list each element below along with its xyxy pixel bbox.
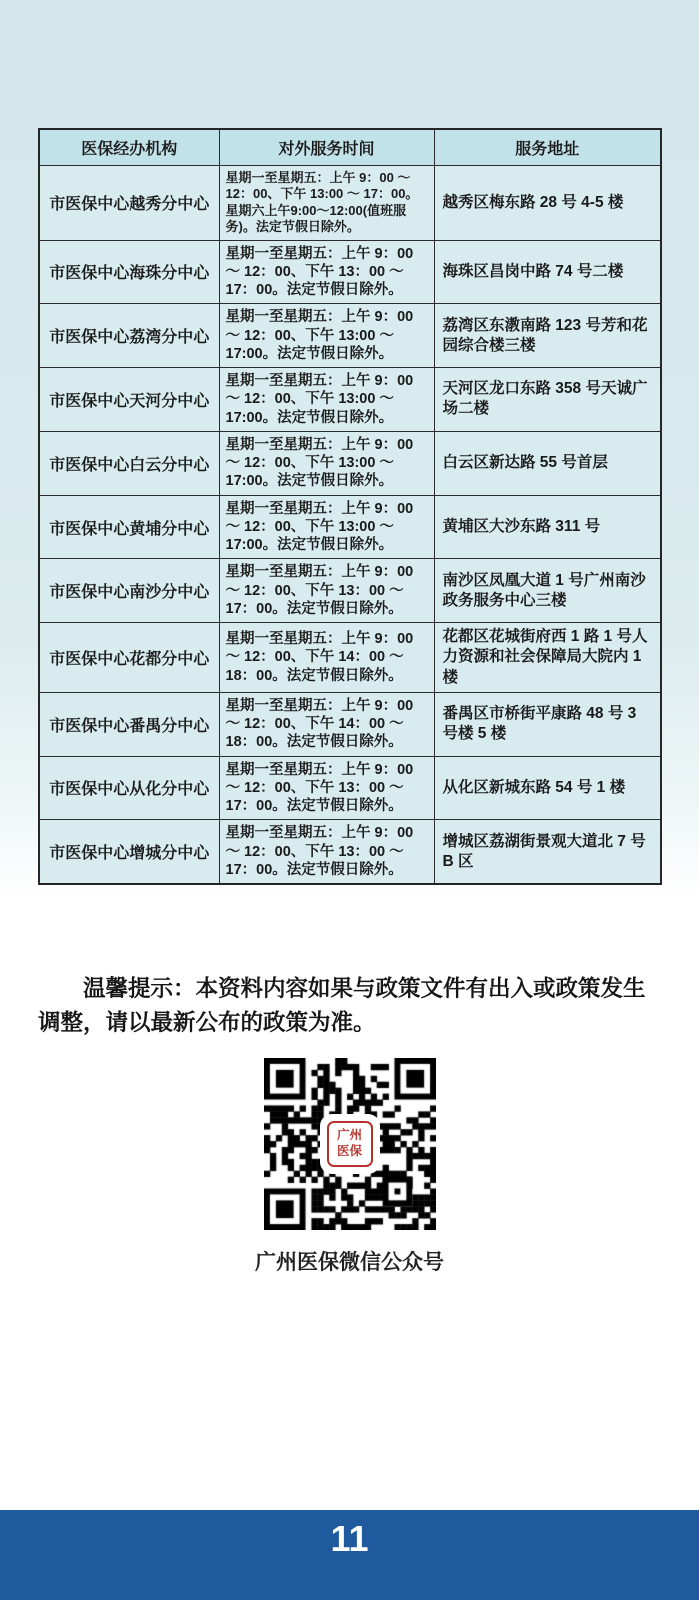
qr-section: 广州 医保 广州医保微信公众号 [0, 1058, 699, 1276]
time-cell: 星期一至星期五：上午 9：00 ～ 12：00、下午 14：00 ～ 18：00… [219, 623, 434, 692]
table-header-row: 医保经办机构 对外服务时间 服务地址 [39, 129, 661, 166]
org-cell: 市医保中心黄埔分中心 [39, 495, 219, 559]
org-cell: 市医保中心越秀分中心 [39, 166, 219, 241]
time-cell: 星期一至星期五：上午 9：00 ～ 12：00、下午 13：00 ～ 17：00… [219, 756, 434, 820]
table-row: 市医保中心南沙分中心 星期一至星期五：上午 9：00 ～ 12：00、下午 13… [39, 559, 661, 623]
address-cell: 从化区新城东路 54 号 1 楼 [434, 756, 661, 820]
address-cell: 番禺区市桥街平康路 48 号 3 号楼 5 楼 [434, 692, 661, 756]
table-row: 市医保中心白云分中心 星期一至星期五：上午 9：00 ～ 12：00、下午 13… [39, 431, 661, 495]
page-footer: 11 [0, 1510, 699, 1600]
org-cell: 市医保中心天河分中心 [39, 368, 219, 432]
org-cell: 市医保中心花都分中心 [39, 623, 219, 692]
address-cell: 南沙区凤凰大道 1 号广州南沙政务服务中心三楼 [434, 559, 661, 623]
time-cell: 星期一至星期五：上午 9：00 ～ 12：00、下午 14：00 ～ 18：00… [219, 692, 434, 756]
table-row: 市医保中心越秀分中心 星期一至星期五：上午 9：00 ～ 12：00、下午 13… [39, 166, 661, 241]
time-cell: 星期一至星期五：上午 9：00 ～ 12：00、下午 13:00 ～ 17:00… [219, 431, 434, 495]
col-header-service-hours: 对外服务时间 [219, 129, 434, 166]
address-cell: 海珠区昌岗中路 74 号二楼 [434, 240, 661, 304]
table-row: 市医保中心增城分中心 星期一至星期五：上午 9：00 ～ 12：00、下午 13… [39, 820, 661, 884]
time-cell: 星期一至星期五：上午 9：00 ～ 12：00、下午 13：00 ～ 17：00… [219, 240, 434, 304]
time-cell: 星期一至星期五：上午 9：00 ～ 12：00、下午 13:00 ～ 17:00… [219, 495, 434, 559]
address-cell: 黄埔区大沙东路 311 号 [434, 495, 661, 559]
time-cell: 星期一至星期五：上午 9：00 ～ 12：00、下午 13:00 ～ 17：00… [219, 166, 434, 241]
qr-code: 广州 医保 [264, 1058, 436, 1230]
notice-text: 温馨提示：本资料内容如果与政策文件有出入或政策发生调整，请以最新公布的政策为准。 [38, 972, 663, 1040]
leaflet-page: 医保经办机构 对外服务时间 服务地址 市医保中心越秀分中心 星期一至星期五：上午… [0, 0, 699, 1600]
address-cell: 荔湾区东漖南路 123 号芳和花园综合楼三楼 [434, 304, 661, 368]
address-cell: 天河区龙口东路 358 号天诚广场二楼 [434, 368, 661, 432]
time-cell: 星期一至星期五：上午 9：00 ～ 12：00、下午 13:00 ～ 17:00… [219, 304, 434, 368]
qr-logo-line2: 医保 [337, 1144, 362, 1160]
time-cell: 星期一至星期五：上午 9：00 ～ 12：00、下午 13：00 ～ 17：00… [219, 559, 434, 623]
address-cell: 越秀区梅东路 28 号 4-5 楼 [434, 166, 661, 241]
table-row: 市医保中心黄埔分中心 星期一至星期五：上午 9：00 ～ 12：00、下午 13… [39, 495, 661, 559]
address-cell: 白云区新达路 55 号首层 [434, 431, 661, 495]
address-cell: 花都区花城街府西 1 路 1 号人力资源和社会保障局大院内 1 楼 [434, 623, 661, 692]
qr-caption: 广州医保微信公众号 [255, 1246, 444, 1276]
org-cell: 市医保中心海珠分中心 [39, 240, 219, 304]
table-row: 市医保中心从化分中心 星期一至星期五：上午 9：00 ～ 12：00、下午 13… [39, 756, 661, 820]
time-cell: 星期一至星期五：上午 9：00 ～ 12：00、下午 13：00 ～ 17：00… [219, 820, 434, 884]
table-row: 市医保中心天河分中心 星期一至星期五：上午 9：00 ～ 12：00、下午 13… [39, 368, 661, 432]
table-row: 市医保中心荔湾分中心 星期一至星期五：上午 9：00 ～ 12：00、下午 13… [39, 304, 661, 368]
org-cell: 市医保中心南沙分中心 [39, 559, 219, 623]
service-centers-table: 医保经办机构 对外服务时间 服务地址 市医保中心越秀分中心 星期一至星期五：上午… [38, 128, 662, 885]
org-cell: 市医保中心番禺分中心 [39, 692, 219, 756]
table-row: 市医保中心海珠分中心 星期一至星期五：上午 9：00 ～ 12：00、下午 13… [39, 240, 661, 304]
qr-logo-line1: 广州 [337, 1128, 362, 1144]
table-row: 市医保中心花都分中心 星期一至星期五：上午 9：00 ～ 12：00、下午 14… [39, 623, 661, 692]
qr-center-logo: 广州 医保 [322, 1116, 378, 1172]
page-number: 11 [330, 1518, 368, 1600]
table-row: 市医保中心番禺分中心 星期一至星期五：上午 9：00 ～ 12：00、下午 14… [39, 692, 661, 756]
qr-logo-text: 广州 医保 [327, 1121, 373, 1167]
col-header-institution: 医保经办机构 [39, 129, 219, 166]
address-cell: 增城区荔湖街景观大道北 7 号 B 区 [434, 820, 661, 884]
col-header-address: 服务地址 [434, 129, 661, 166]
org-cell: 市医保中心白云分中心 [39, 431, 219, 495]
org-cell: 市医保中心增城分中心 [39, 820, 219, 884]
org-cell: 市医保中心荔湾分中心 [39, 304, 219, 368]
org-cell: 市医保中心从化分中心 [39, 756, 219, 820]
time-cell: 星期一至星期五：上午 9：00 ～ 12：00、下午 13:00 ～ 17:00… [219, 368, 434, 432]
